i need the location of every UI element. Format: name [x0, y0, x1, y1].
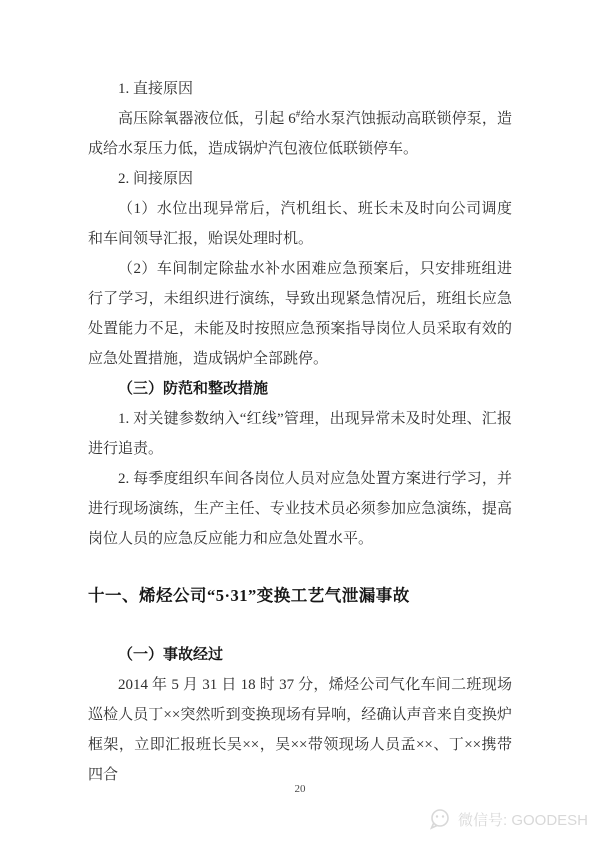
- wechat-icon: [428, 808, 453, 830]
- paragraph-indirect-cause-label: 2. 间接原因: [88, 164, 512, 194]
- paragraph-direct-cause: 高压除氧器液位低，引起 6#给水泵汽蚀振动高联锁停泵，造成给水泵压力低，造成锅炉…: [88, 104, 512, 164]
- page-number: 20: [0, 783, 600, 795]
- document-page: 1. 直接原因 高压除氧器液位低，引起 6#给水泵汽蚀振动高联锁停泵，造成给水泵…: [0, 0, 600, 848]
- document-content: 1. 直接原因 高压除氧器液位低，引起 6#给水泵汽蚀振动高联锁停泵，造成给水泵…: [88, 74, 512, 790]
- wechat-watermark: 微信号: GOODESH: [428, 808, 588, 830]
- subsection-heading-prevention-measures: （三）防范和整改措施: [88, 374, 512, 404]
- paragraph-indirect-cause-2: （2）车间制定除盐水补水困难应急预案后，只安排班组进行了学习，未组织进行演练，导…: [88, 254, 512, 374]
- paragraph-incident-description: 2014 年 5 月 31 日 18 时 37 分，烯烃公司气化车间二班现场巡检…: [88, 670, 512, 790]
- paragraph-direct-cause-pre: 高压除氧器液位低，引起 6: [118, 111, 296, 127]
- wechat-id-text: 微信号: GOODESH: [458, 809, 588, 830]
- paragraph-measure-1: 1. 对关键参数纳入“红线”管理，出现异常未及时处理、汇报进行追责。: [88, 404, 512, 464]
- paragraph-indirect-cause-1: （1）水位出现异常后，汽机组长、班长未及时向公司调度和车间领导汇报，贻误处理时机…: [88, 194, 512, 254]
- section-heading-accident-11: 十一、烯烃公司“5·31”变换工艺气泄漏事故: [88, 581, 512, 611]
- subsection-heading-incident-course: （一）事故经过: [88, 640, 512, 670]
- paragraph-measure-2: 2. 每季度组织车间各岗位人员对应急处置方案进行学习，并进行现场演练，生产主任、…: [88, 464, 512, 554]
- paragraph-direct-cause-label: 1. 直接原因: [88, 74, 512, 104]
